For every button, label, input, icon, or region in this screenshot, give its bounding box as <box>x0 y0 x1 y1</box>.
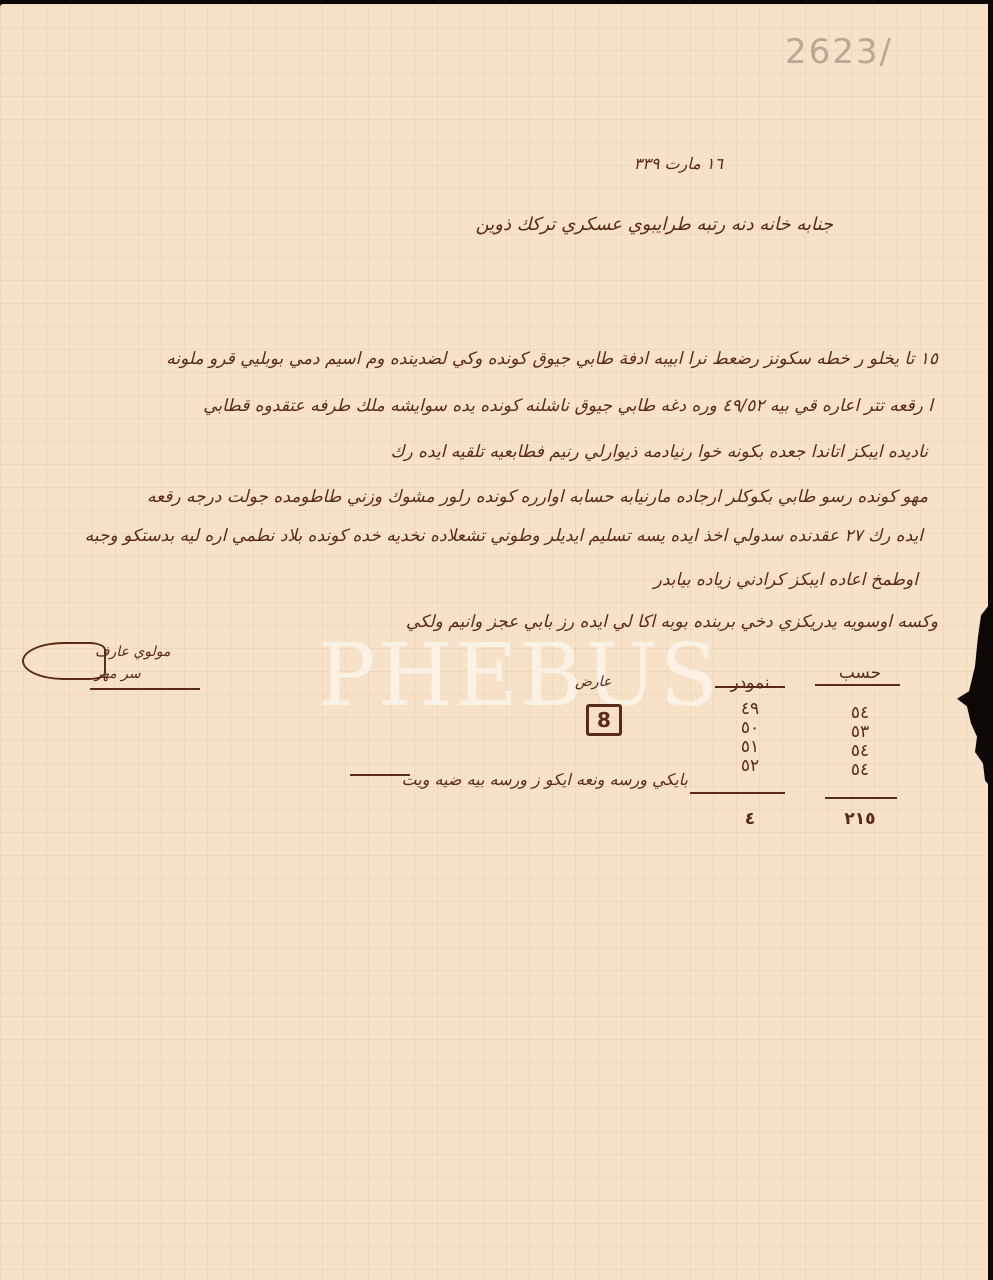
bottom-note-flourish <box>350 774 410 776</box>
total-rule-right <box>825 797 897 799</box>
table-header-middle: نمودر <box>715 674 785 693</box>
body-line-1: ١٥ تا يخلو ر خطه سكونز رضعط نرا ابيبه اد… <box>166 349 938 369</box>
date-line: ١٦ مارت ٣٣٩ <box>634 154 723 173</box>
note-label: عارض <box>575 674 611 690</box>
right-column-values: ٥٤ ٥٣ ٥٤ ٥٤ <box>830 704 890 780</box>
document-paper: 2623/ ١٦ مارت ٣٣٩ جنابه خانه دنه رتبه طر… <box>0 4 988 1280</box>
header-rule-middle <box>715 686 785 688</box>
middle-total: ٤ <box>720 810 780 829</box>
total-rule-middle <box>690 792 785 794</box>
salutation: جنابه خانه دنه رتبه طرايبوي عسكري تركك ذ… <box>476 214 833 235</box>
header-rule-right <box>815 684 900 686</box>
signature-title: سر مهر <box>95 666 141 682</box>
body-line-6: اوطمخ اعاده ايبكز كرادني زياده بيابدر <box>654 570 918 590</box>
body-line-5: ايده رك ٢٧ عقدنده سدولي اخذ ايده يسه تسل… <box>85 526 923 546</box>
boxed-number: 8 <box>586 704 622 736</box>
signature-name: مولوي عارف <box>95 644 171 660</box>
body-line-3: ناديده ايبكز اتاندا جعده بكونه خوا رنياد… <box>391 442 928 462</box>
signature-flourish <box>22 642 106 680</box>
archive-number: 2623/ <box>785 32 893 72</box>
body-line-4: مهو كونده رسو طابي بكوكلر ارجاده مارنياب… <box>147 487 928 507</box>
middle-column-values: ٤٩ ٥٠ ٥١ ٥٢ <box>720 700 780 776</box>
table-header-right: حسب <box>820 664 900 683</box>
right-total: ٢١٥ <box>830 810 890 829</box>
signature-underline <box>90 688 200 690</box>
bottom-note: بايكي ورسه ونعه ايكو ز ورسه بيه ضيه ويت <box>402 770 688 789</box>
watermark: PHEBUS <box>318 626 720 726</box>
body-line-2: ا رقعه تتر اعاره قي بيه ٤٩/٥٢ وره دغه طا… <box>203 396 933 416</box>
